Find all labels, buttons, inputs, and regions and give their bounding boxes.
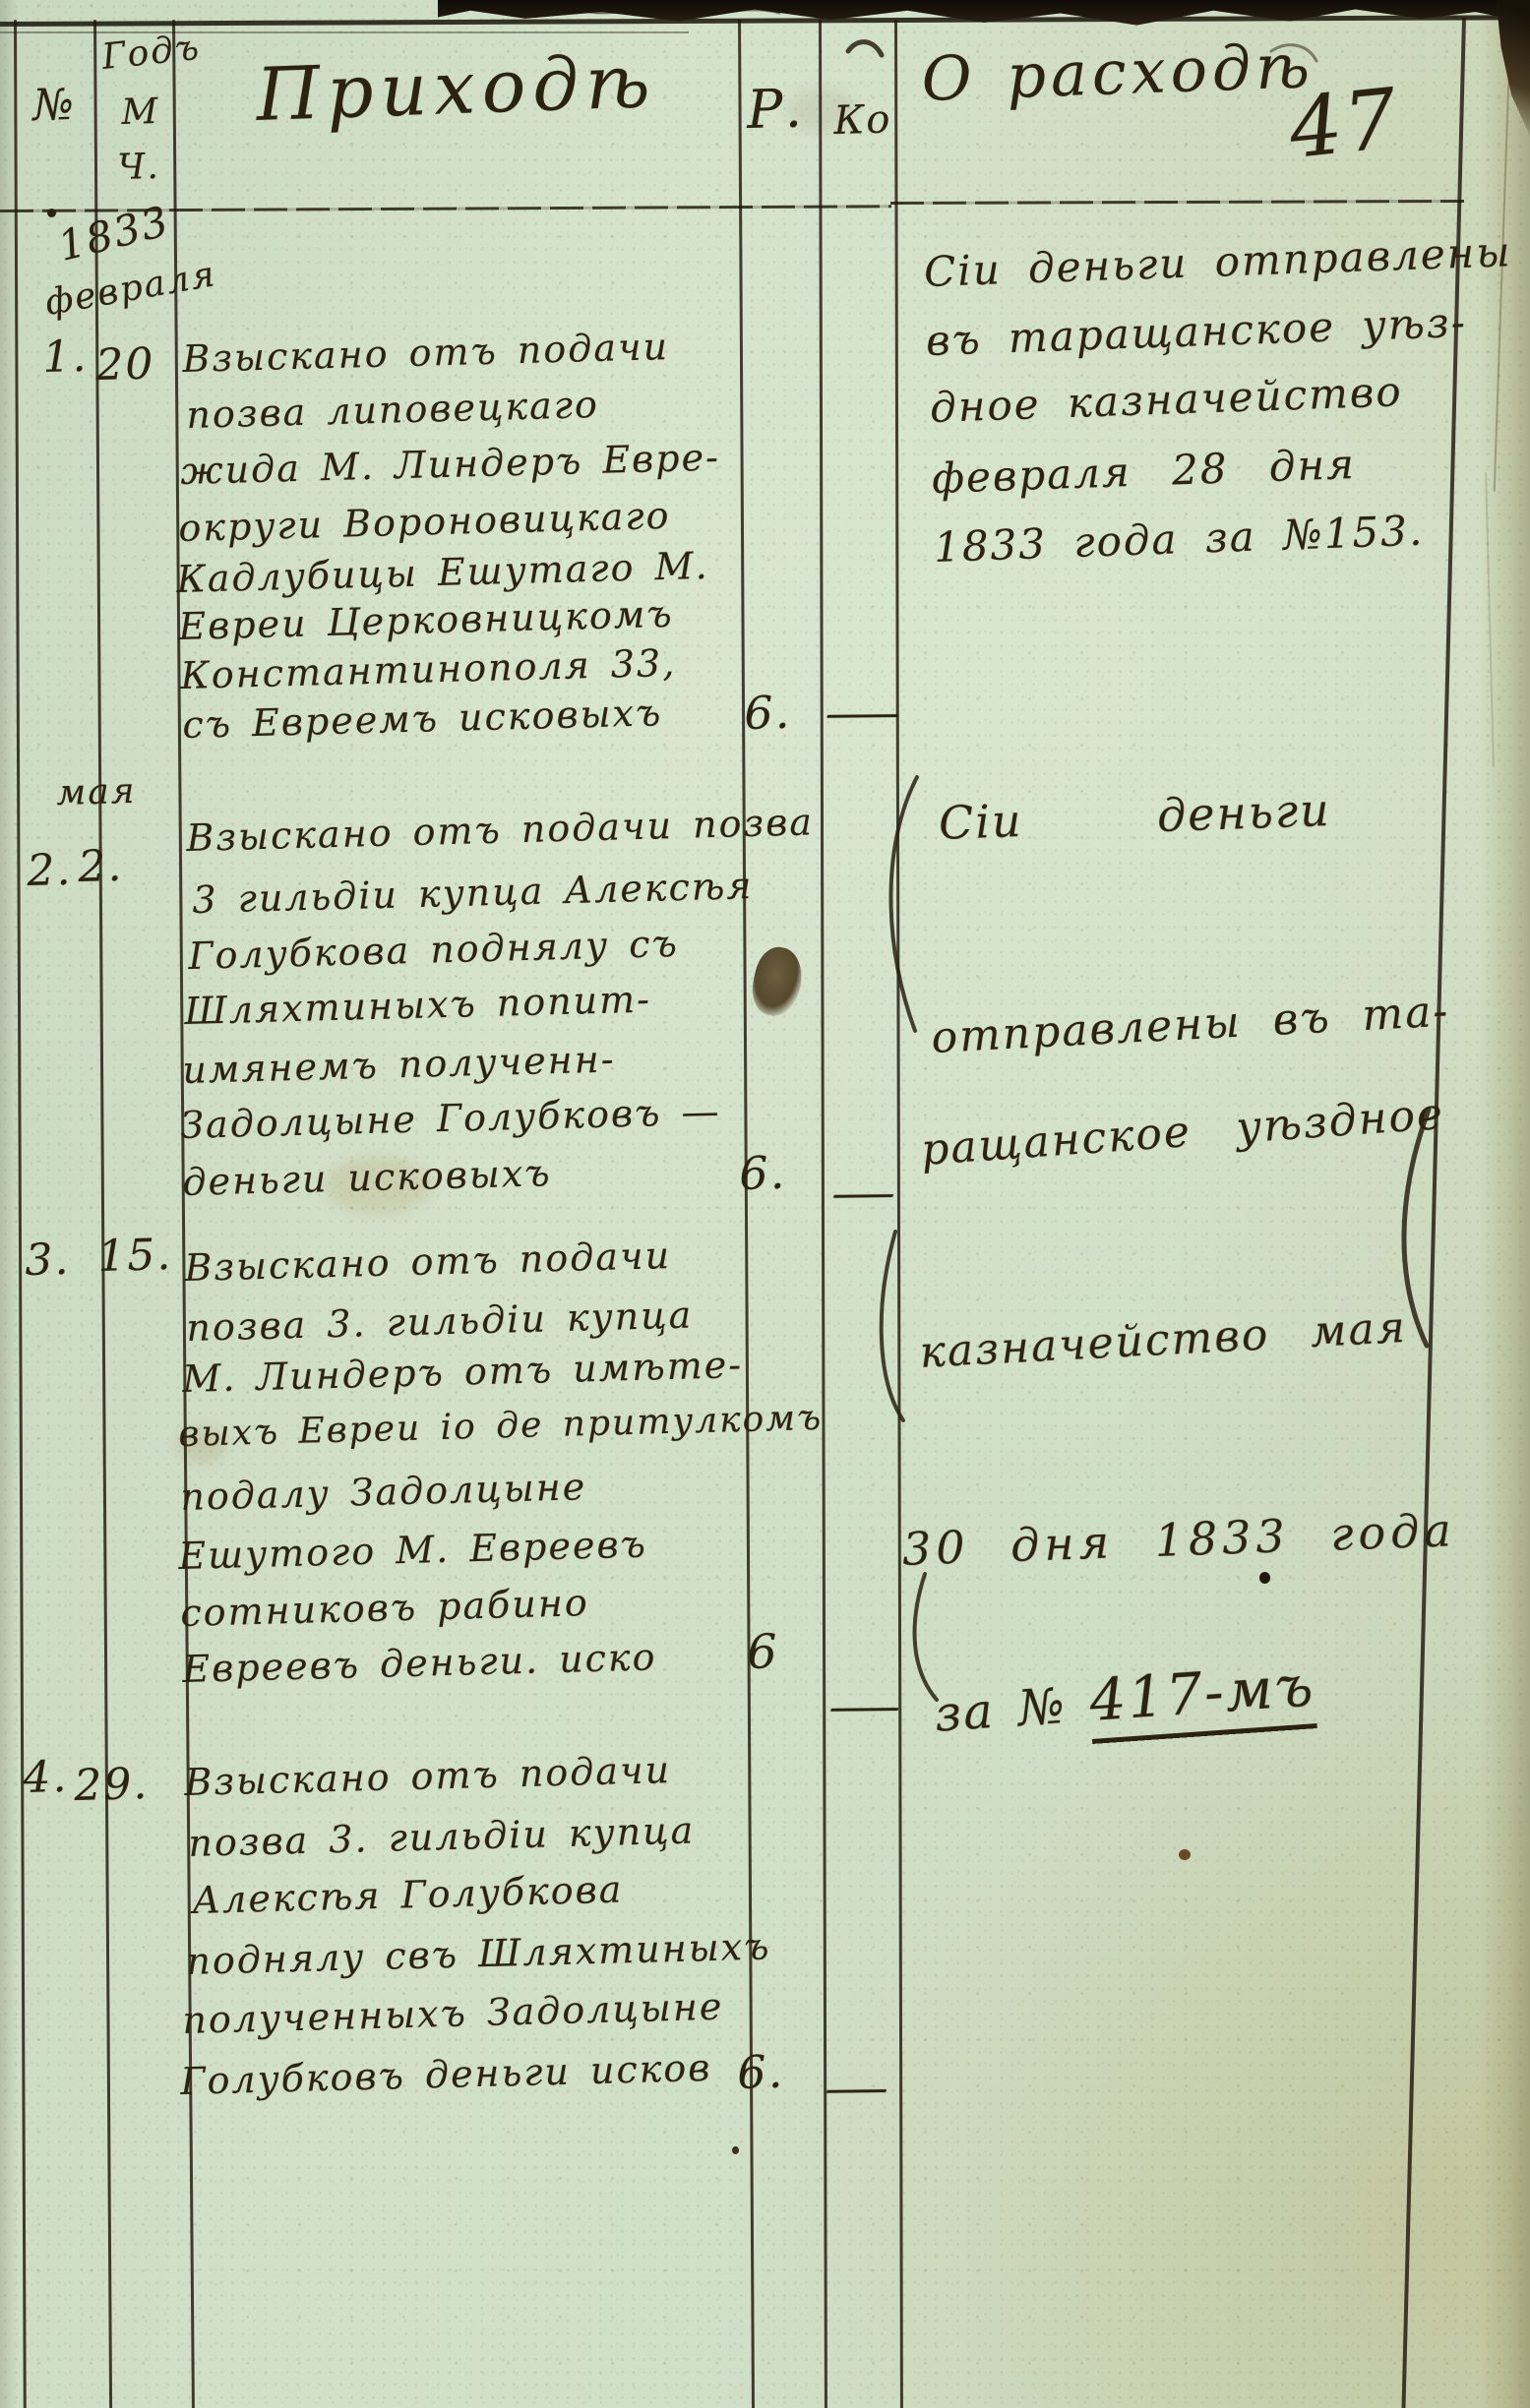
- page-number: 47: [1285, 70, 1404, 177]
- brace-flourish: [890, 777, 917, 1031]
- header-expense-title: О расходѣ: [920, 30, 1316, 115]
- brace-flourish: [882, 1232, 903, 1420]
- header-day-label: Ч.: [117, 147, 160, 188]
- swash-flourish: [1404, 1110, 1429, 1346]
- header-rubles-label: Р.: [746, 78, 804, 141]
- expense-ref-prefix: за №: [933, 1677, 1069, 1743]
- entry-kopecks-dash: —: [824, 2063, 892, 2114]
- entry-rubles-value: 6: [747, 1624, 780, 1680]
- header-month-label: М: [121, 91, 160, 133]
- entry-day: 20: [95, 338, 155, 391]
- ledger-page: № Годъ М Ч. Приходѣ Р. Ко О расходѣ 47 1…: [0, 0, 1530, 2408]
- header-no-symbol: №: [32, 80, 77, 131]
- ink-speck: [732, 2146, 739, 2154]
- fox-spot: [1179, 1849, 1191, 1860]
- entry-number: 2.: [27, 845, 73, 896]
- header-kopecks-label: Ко: [833, 96, 892, 144]
- header-tick-mark: [848, 42, 882, 55]
- margin-month-note-may: мая: [56, 771, 137, 813]
- entry-rubles-value: 6.: [737, 2045, 785, 2099]
- ink-speck: [1259, 1572, 1270, 1584]
- entry-rubles-value: 6.: [739, 1146, 787, 1200]
- entry-rubles-value: 6.: [744, 686, 792, 740]
- entry-kopecks-dash: —: [830, 1168, 899, 1219]
- entry-kopecks-dash: —: [823, 688, 905, 739]
- entry-number: 4.: [23, 1752, 69, 1803]
- entry-day: 15.: [97, 1230, 173, 1282]
- entry-number: 1.: [42, 331, 89, 383]
- ink-speck: [47, 209, 56, 217]
- header-income-title: Приходѣ: [255, 39, 658, 138]
- entry-kopecks-dash: —: [826, 1681, 905, 1732]
- entry-day: 2.: [78, 841, 124, 892]
- expense-ref-number: 417-мъ: [1087, 1652, 1317, 1744]
- entry-number: 3.: [25, 1234, 71, 1286]
- entry-day: 29.: [74, 1759, 150, 1811]
